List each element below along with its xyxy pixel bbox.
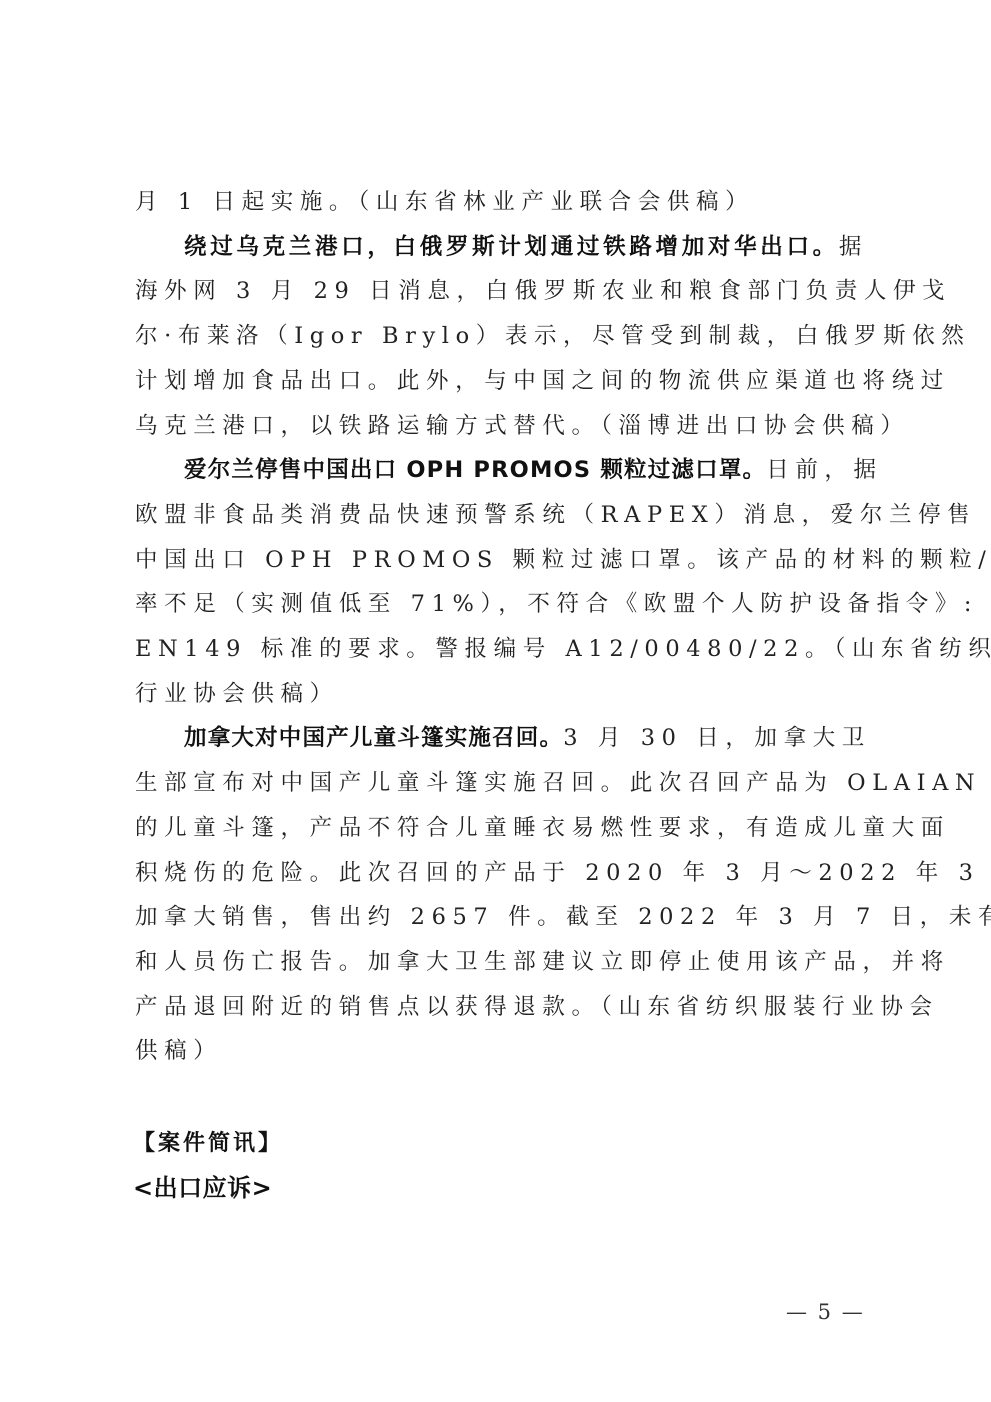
text-line: 行业协会供稿） <box>135 672 868 717</box>
news-headline: 加拿大对中国产儿童斗篷实施召回。 <box>184 725 563 751</box>
text-line: 积烧伤的危险。此次召回的产品于 2020 年 3 月～2022 年 3 月在 <box>135 851 868 896</box>
sub-heading: <出口应诉> <box>133 1168 272 1203</box>
text-line: 计划增加食品出口。此外，与中国之间的物流供应渠道也将绕过 <box>135 359 868 404</box>
news-headline: 绕过乌克兰港口，白俄罗斯计划通过铁路增加对华出口。 <box>184 234 839 260</box>
section-heading: 【案件简讯】 <box>133 1126 283 1157</box>
text-line: 中国出口 OPH PROMOS 颗粒过滤口罩。该产品的材料的颗粒/保留 <box>135 538 868 583</box>
text-line: 海外网 3 月 29 日消息，白俄罗斯农业和粮食部门负责人伊戈 <box>135 269 868 314</box>
text-line: 欧盟非食品类消费品快速预警系统（RAPEX）消息，爱尔兰停售 <box>135 493 868 538</box>
text-line: 的儿童斗篷，产品不符合儿童睡衣易燃性要求，有造成儿童大面 <box>135 806 868 851</box>
text-line: EN149 标准的要求。警报编号 A12/00480/22。（山东省纺织服装 <box>135 627 868 672</box>
news-headline: 爱尔兰停售中国出口 OPH PROMOS 颗粒过滤口罩。 <box>184 457 766 483</box>
body-text: 月 1 日起实施。（山东省林业产业联合会供稿） 绕过乌克兰港口，白俄罗斯计划通过… <box>135 180 868 1074</box>
text-fragment: 据 <box>839 234 868 260</box>
news-item-belarus: 绕过乌克兰港口，白俄罗斯计划通过铁路增加对华出口。据 海外网 3 月 29 日消… <box>135 225 868 449</box>
text-line: 率不足（实测值低至 71%），不符合《欧盟个人防护设备指令》: <box>135 582 868 627</box>
text-line: 加拿大销售，售出约 2657 件。截至 2022 年 3 月 7 日，未有事故 <box>135 895 868 940</box>
text-line: 乌克兰港口，以铁路运输方式替代。（淄博进出口协会供稿） <box>135 404 868 449</box>
paragraph-continuation: 月 1 日起实施。（山东省林业产业联合会供稿） <box>135 180 868 225</box>
news-item-canada: 加拿大对中国产儿童斗篷实施召回。3 月 30 日，加拿大卫 生部宣布对中国产儿童… <box>135 716 868 1074</box>
page-number: — 5 — <box>786 1300 865 1324</box>
text-fragment: 日前，据 <box>766 457 882 483</box>
text-line: 生部宣布对中国产儿童斗篷实施召回。此次召回产品为 OLAIAN <box>135 761 868 806</box>
text-line: 绕过乌克兰港口，白俄罗斯计划通过铁路增加对华出口。据 <box>135 225 868 270</box>
document-page: 月 1 日起实施。（山东省林业产业联合会供稿） 绕过乌克兰港口，白俄罗斯计划通过… <box>0 0 991 1402</box>
text-line: 爱尔兰停售中国出口 OPH PROMOS 颗粒过滤口罩。日前，据 <box>135 448 868 493</box>
text-line: 月 1 日起实施。（山东省林业产业联合会供稿） <box>135 180 868 225</box>
text-line: 产品退回附近的销售点以获得退款。（山东省纺织服装行业协会 <box>135 985 868 1030</box>
news-item-ireland: 爱尔兰停售中国出口 OPH PROMOS 颗粒过滤口罩。日前，据 欧盟非食品类消… <box>135 448 868 716</box>
text-line: 供稿） <box>135 1029 868 1074</box>
text-line: 和人员伤亡报告。加拿大卫生部建议立即停止使用该产品，并将 <box>135 940 868 985</box>
text-line: 加拿大对中国产儿童斗篷实施召回。3 月 30 日，加拿大卫 <box>135 716 868 761</box>
text-fragment: 3 月 30 日，加拿大卫 <box>563 725 871 751</box>
text-line: 尔·布莱洛（Igor Brylo）表示，尽管受到制裁，白俄罗斯依然 <box>135 314 868 359</box>
